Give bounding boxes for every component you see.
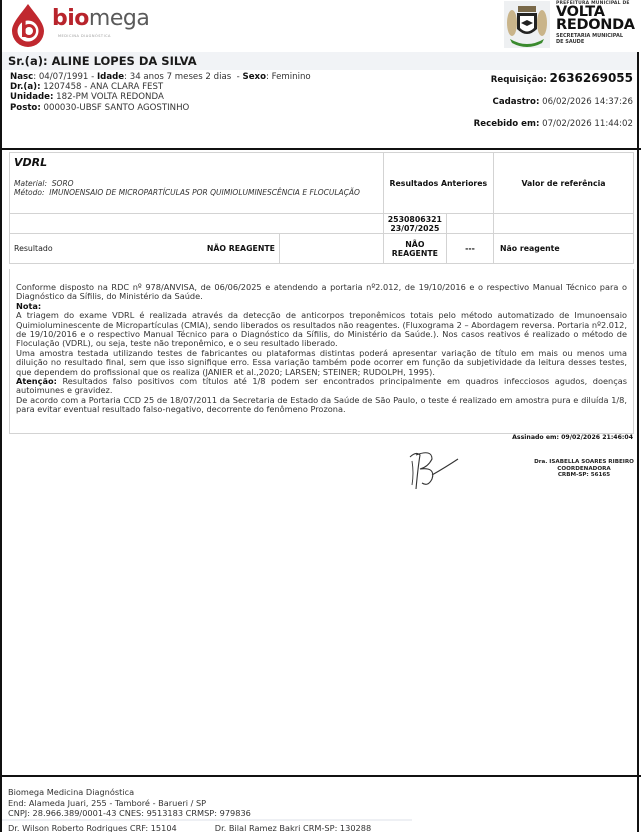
signatory-registry: CRBM-SP: 56165 — [532, 472, 636, 479]
exam-notes: Conforme disposto na RDC nº 978/ANVISA, … — [9, 269, 634, 434]
previous-results-header: Resultados Anteriores — [383, 153, 493, 214]
patient-unit: Unidade: 182-PM VOLTA REDONDA — [10, 92, 311, 102]
section-divider — [2, 148, 641, 150]
city-name: VOLTA REDONDA — [556, 6, 635, 32]
biomega-wordmark: biomega — [52, 6, 149, 31]
previous-result-id: 2530806321 23/07/2025 — [383, 214, 446, 234]
patient-section: Sr.(a): ALINE LOPES DA SILVA Nasc: 04/07… — [2, 52, 637, 144]
exam-header-cell: VDRL Material: SORO Método: IMUNOENSAIO … — [10, 153, 384, 214]
regulation-note: Conforme disposto na RDC nº 978/ANVISA, … — [16, 283, 627, 302]
report-footer: Biomega Medicina Diagnóstica End: Alamed… — [2, 775, 641, 832]
responsible-doctors: Dr. Wilson Roberto Rodrigues CRF: 15104D… — [2, 822, 637, 832]
prozone-note: De acordo com a Portaria CCD 25 de 18/07… — [16, 396, 627, 415]
report-page: biomega MEDICINA DIAGNÓSTICA PREFEITURA … — [0, 0, 639, 832]
signatory-name: Dra. ISABELLA SOARES RIBEIRO — [532, 459, 636, 466]
lab-address: End: Alameda Juari, 255 - Tamboré - Baru… — [8, 798, 631, 809]
previous-result-value: NÃO REAGENTE — [383, 234, 446, 264]
patient-post: Posto: 000030-UBSF SANTO AGOSTINHO — [10, 103, 311, 113]
request-number: Requisição: 2636269055 — [491, 71, 633, 85]
exam-method: Método: IMUNOENSAIO DE MICROPARTÍCULAS P… — [14, 188, 379, 197]
exam-material: Material: SORO — [14, 179, 379, 188]
reference-header: Valor de referência — [494, 153, 634, 214]
result-value: NÃO REAGENTE — [207, 244, 275, 253]
footer-rule — [2, 819, 412, 821]
patient-doctor: Dr.(a): 1207458 - ANA CLARA FEST — [10, 82, 311, 92]
volta-redonda-logo: PREFEITURA MUNICIPAL DE VOLTA REDONDA SE… — [502, 0, 641, 50]
biomega-subtitle: MEDICINA DIAGNÓSTICA — [58, 34, 111, 38]
result-label: Resultado — [14, 244, 53, 253]
result-table: VDRL Material: SORO Método: IMUNOENSAIO … — [9, 152, 634, 264]
lab-name: Biomega Medicina Diagnóstica — [8, 787, 631, 798]
lab-info: Biomega Medicina Diagnóstica End: Alamed… — [2, 777, 637, 821]
doctor-2: Dr. Bilal Ramez Bakri CRM-SP: 130288 — [215, 823, 371, 832]
report-header: biomega MEDICINA DIAGNÓSTICA PREFEITURA … — [2, 0, 641, 52]
variation-text: Uma amostra testada utilizando testes de… — [16, 349, 627, 377]
result-label-cell: Resultado NÃO REAGENTE — [10, 234, 280, 264]
previous-result-value-2: --- — [447, 234, 494, 264]
coat-of-arms-icon — [504, 1, 550, 48]
note-text: A triagem do exame VDRL é realizada atra… — [16, 311, 627, 349]
secretariat-label: SECRETARIA MUNICIPAL DE SAUDE — [556, 33, 623, 45]
received-date: Recebido em: 07/02/2026 11:44:02 — [474, 119, 633, 129]
signed-timestamp: Assinado em: 09/02/2026 21:46:04 — [512, 434, 633, 441]
patient-demographics: Nasc: 04/07/1991 - Idade: 34 anos 7 mese… — [10, 72, 311, 82]
attention-note: Atenção: Resultados falso positivos com … — [16, 377, 627, 396]
lab-registry: CNPJ: 28.966.389/0001-43 CNES: 9513183 C… — [8, 808, 631, 819]
signatory: Dra. ISABELLA SOARES RIBEIRO COORDENADOR… — [532, 459, 636, 479]
exam-title: VDRL — [14, 156, 379, 169]
reference-value: Não reagente — [494, 234, 634, 264]
doctor-1: Dr. Wilson Roberto Rodrigues CRF: 15104 — [8, 823, 177, 832]
biomega-logo: biomega MEDICINA DIAGNÓSTICA — [8, 2, 143, 48]
biomega-drop-icon — [10, 3, 46, 47]
signature-icon — [402, 445, 462, 495]
patient-name: Sr.(a): ALINE LOPES DA SILVA — [2, 52, 637, 70]
registered-date: Cadastro: 06/02/2026 14:37:26 — [493, 97, 633, 107]
patient-info: Nasc: 04/07/1991 - Idade: 34 anos 7 mese… — [10, 72, 311, 113]
